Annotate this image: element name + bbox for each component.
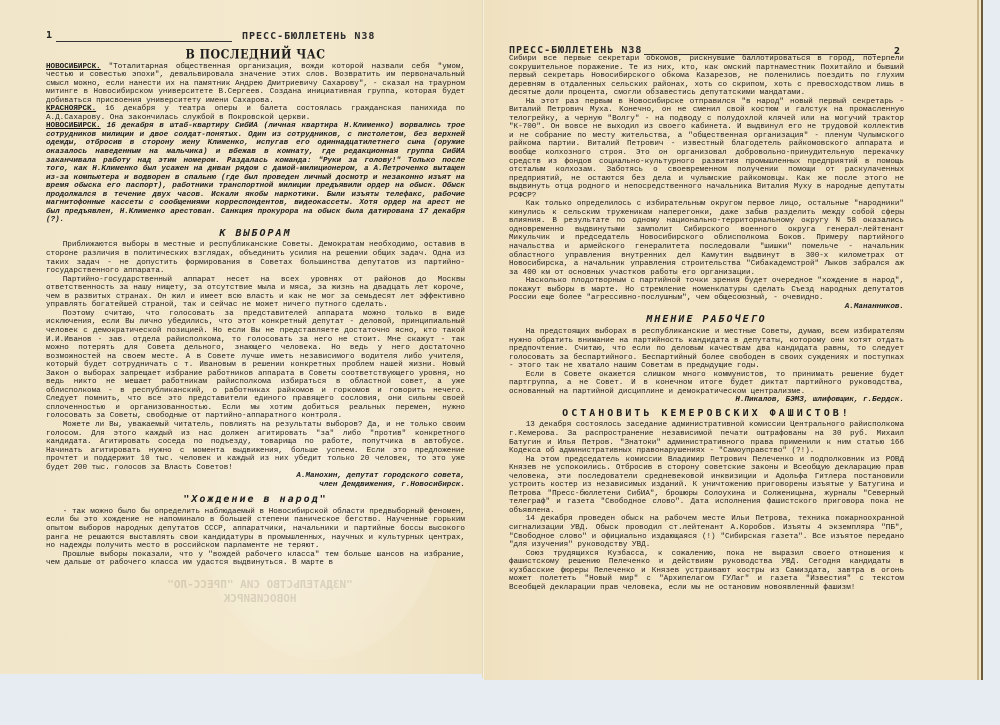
left-column: В ПОСЛЕДНИЙ ЧАС НОВОСИБИРСК. "Тоталитарн… [46,46,465,568]
section-title-last-hour: В ПОСЛЕДНИЙ ЧАС [46,50,465,60]
news-item: КРАСНОЯРСК. 16 декабря у театра оперы и … [46,105,465,122]
section-title-going-to-people: "Хождение в народ" [46,496,465,505]
paragraph: На предстоящих выборах в республиканские… [509,328,904,371]
page-number: 1 [46,30,52,41]
paragraph: Союз трудящихся Кузбасса, к сожалению, п… [509,550,904,593]
paragraph: 14 декабря проведен обыск на рабочем мес… [509,515,904,549]
running-head: ПРЕСС-БЮЛЛЕТЕНЬ N38 [242,31,375,42]
paragraph: На этот раз первым в Новосибирске отправ… [509,98,904,201]
paragraph: Можете ли Вы, уважаемый читатель, повлия… [46,421,465,472]
right-page: ПРЕСС-БЮЛЛЕТЕНЬ N38 2 Сибири все первые … [484,0,983,680]
paragraph: - так можно было бы определить наблюдаем… [46,508,465,551]
paragraph: 13 декабря состоялось заседание админист… [509,421,904,455]
paragraph: Партийно-государственный аппарат несет н… [46,276,465,310]
paragraph: Прошлые выборы показали, что у "вождей р… [46,551,465,568]
dateline-city: НОВОСИБИРСК. [46,122,101,130]
author-signature: А.Манохин, депутат городского совета, [46,472,465,481]
show-through-text: "ИЗДАТЕЛЬСТВО СИА "ПРЕСС-ЛО" НОВОСИБИРСК [110,578,410,606]
page-edge [977,0,979,680]
paragraph: Приближаются выборы в местные и республи… [46,241,465,275]
paragraph: Как только определилось с избирательным … [509,200,904,277]
section-title-elections: К ВЫБОРАМ [46,230,465,239]
author-affiliation: член Демдвижения, г.Новосибирск. [46,481,465,490]
paragraph: Поэтому считаю, что голосовать за предст… [46,310,465,421]
dateline-city: КРАСНОЯРСК. [46,105,96,113]
paragraph: Сибири все первые секретари обкомов, рис… [509,55,904,98]
news-item: НОВОСИБИРСК. "Тоталитарная общественная … [46,63,465,106]
section-title-stop-fascists: ОСТАНОВИТЬ КЕМЕРОВСКИХ ФАШИСТОВ! [509,410,904,419]
news-item: НОВОСИБИРСК. 16 декабря в штаб-квартиру … [46,122,465,225]
author-signature: Н.Пикалов, БЭМЗ, шлифовщик, г.Бердск. [509,396,904,405]
newsletter-spread: 1 ПРЕСС-БЮЛЛЕТЕНЬ N38 В ПОСЛЕДНИЙ ЧАС НО… [0,0,1000,725]
dateline-city: НОВОСИБИРСК. [46,63,101,71]
news-text: 16 декабря в штаб-квартиру СибИА (личная… [46,122,465,224]
paragraph: Если в Совете окажется слишком много ком… [509,371,904,397]
section-title-worker-opinion: МНЕНИЕ РАБОЧЕГО [509,316,904,325]
right-column: Сибири все первые секретари обкомов, рис… [509,55,904,592]
header-rule [56,41,232,42]
author-signature: А.Мананников. [509,303,904,312]
news-text: "Тоталитарная общественная организация, … [46,63,465,105]
paragraph: На этом председатель комиссии Владимир П… [509,456,904,516]
paragraph: Насколько плодотворным с партийной точки… [509,277,904,303]
left-page: 1 ПРЕСС-БЮЛЛЕТЕНЬ N38 В ПОСЛЕДНИЙ ЧАС НО… [0,0,484,674]
news-text: 16 декабря у театра оперы и балета состо… [46,105,465,122]
